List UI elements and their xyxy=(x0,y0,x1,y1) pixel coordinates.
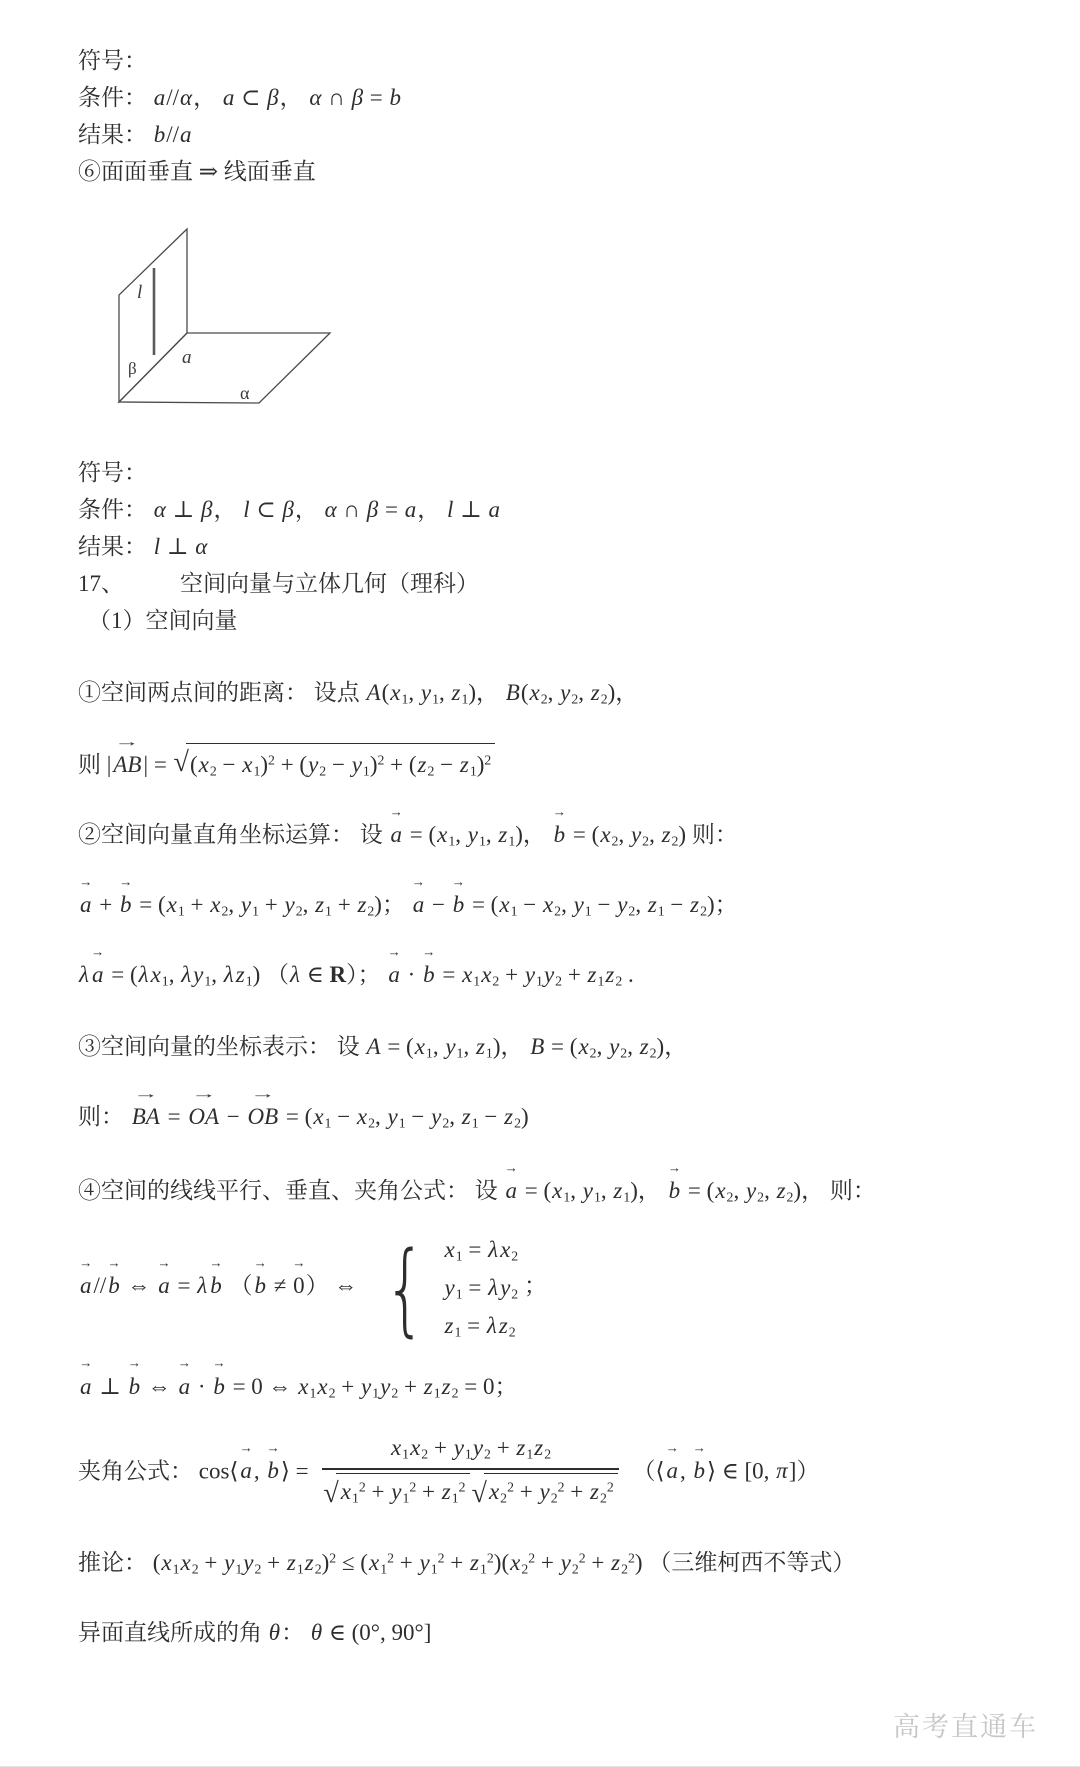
line-symbol-1: 符号： xyxy=(78,42,1024,79)
perpendicular-planes-diagram: l β a α xyxy=(102,200,352,420)
label-l: l xyxy=(137,282,142,303)
label-a: a xyxy=(182,347,192,368)
formula-ba-vector: 则： BA = OA − OB = (x1 − x2, y1 − y2, z1 … xyxy=(78,1097,1024,1137)
diagram-container: l β a α xyxy=(102,200,1024,426)
formula-perpendicular: a ⊥ b ⇔ a · b = 0 ⇔ x1x2 + y1y2 + z1z2 =… xyxy=(78,1367,1024,1407)
heading-item-17-title: 空间向量与立体几何（理科） xyxy=(180,565,479,602)
line-condition-2: 条件： α ⊥ β， l ⊂ β， α ∩ β = a， l ⊥ a xyxy=(78,491,1024,528)
heading-sub-1: （1）空间向量 xyxy=(78,602,1024,639)
plane-alpha-face xyxy=(119,333,330,403)
line-result-1: 结果： b//a xyxy=(78,116,1024,153)
heading-section-6: ⑥面面垂直 ⇒ 线面垂直 xyxy=(78,153,1024,190)
formula-angle-cosine: 夹角公式： cos⟨a, b⟩ = x1x2 + y1y2 + z1z2x12 … xyxy=(78,1431,1024,1516)
formula-scalar-dot: λa = (λx1, λy1, λz1) （λ ∈ R）； a · b = x1… xyxy=(78,955,1024,995)
line-symbol-2: 符号： xyxy=(78,454,1024,491)
formula-vector-add-sub: a + b = (x1 + x2, y1 + y2, z1 + z2)； a −… xyxy=(78,885,1024,925)
line-result-2: 结果： l ⊥ α xyxy=(78,528,1024,565)
formula-coord-repr-intro: ③空间向量的坐标表示： 设 A = (x1, y1, z1)， B = (x2,… xyxy=(78,1027,1024,1067)
formula-skew-lines-angle: 异面直线所成的角 θ： θ ∈ (0°, 90°] xyxy=(78,1613,1024,1653)
formula-cauchy-inequality: 推论： (x1x2 + y1y2 + z1z2)2 ≤ (x12 + y12 +… xyxy=(78,1543,1024,1583)
heading-item-17-number: 17、 xyxy=(78,565,124,602)
formula-coord-ops-intro: ②空间向量直角坐标运算： 设 a = (x1, y1, z1)， b = (x2… xyxy=(78,815,1024,855)
line-condition-1: 条件： a//α， a ⊂ β， α ∩ β = b xyxy=(78,79,1024,116)
document-page: 符号： 条件： a//α， a ⊂ β， α ∩ β = b 结果： b//a … xyxy=(0,0,1080,1767)
label-alpha: α xyxy=(240,383,250,403)
formula-distance: 则 |AB| = (x2 − x1)2 + (y2 − y1)2 + (z2 −… xyxy=(78,743,1024,785)
heading-item-17: 17、 空间向量与立体几何（理科） xyxy=(78,565,1024,602)
formula-parallel-perp-intro: ④空间的线线平行、垂直、夹角公式： 设 a = (x1, y1, z1)， b … xyxy=(78,1171,1024,1211)
label-beta: β xyxy=(128,359,137,378)
watermark: 高考直通车 xyxy=(893,1705,1038,1744)
formula-parallel-cases: a//b ⇔ a = λb （b ≠ 0） ⇔ x1 = λx2y1 = λy2… xyxy=(78,1235,1024,1341)
formula-distance-intro: ①空间两点间的距离： 设点 A(x1, y1, z1)， B(x2, y2, z… xyxy=(78,673,1024,713)
